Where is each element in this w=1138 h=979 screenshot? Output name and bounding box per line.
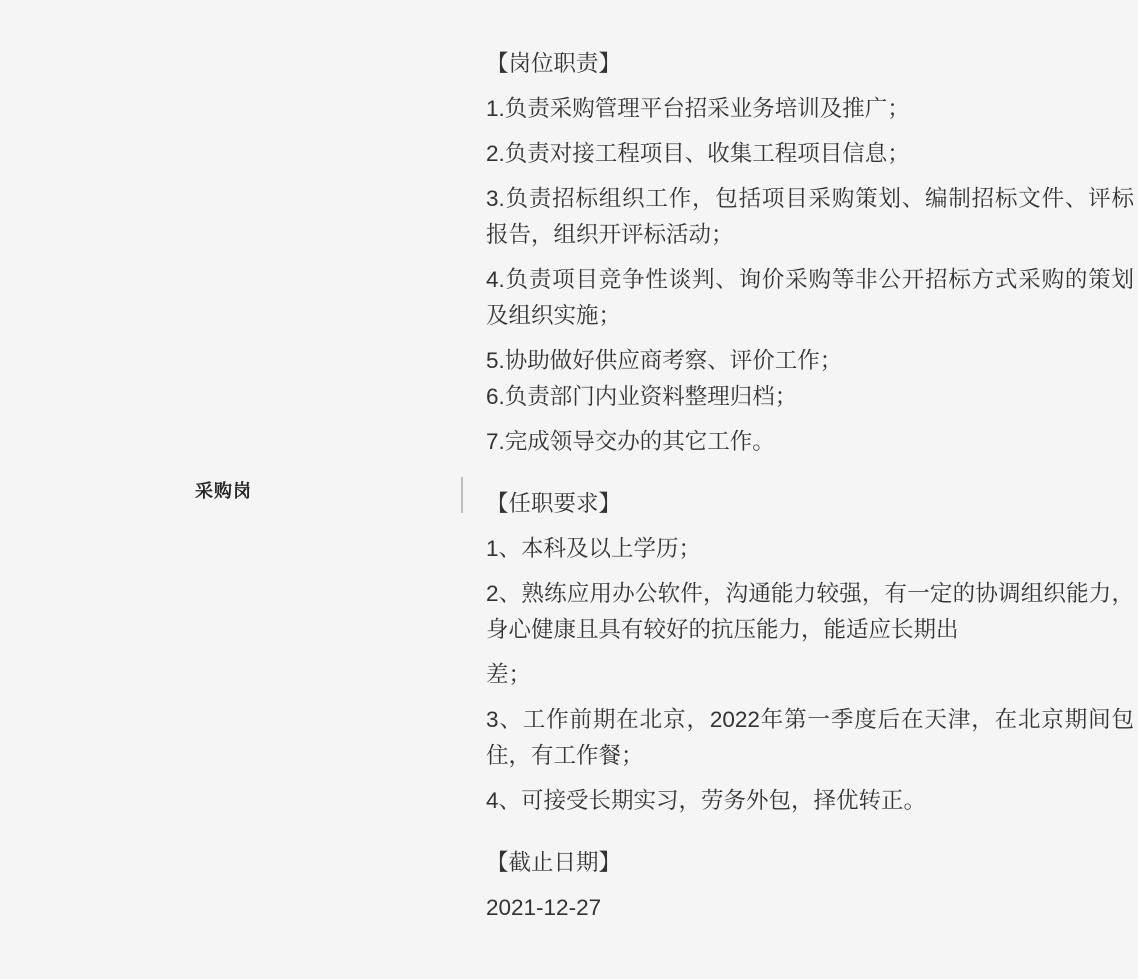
column-divider xyxy=(461,477,463,513)
section-heading: 【岗位职责】 xyxy=(486,46,1134,82)
duty-item: 5.协助做好供应商考察、评价工作； xyxy=(486,348,842,373)
section-heading: 【截止日期】 xyxy=(486,845,1134,881)
section-duties: 【岗位职责】 1.负责采购管理平台招采业务培训及推广； 2.负责对接工程项目、收… xyxy=(486,46,1134,460)
section-heading: 【任职要求】 xyxy=(486,486,1134,522)
requirement-item: 4、可接受长期实习，劳务外包，择优转正。 xyxy=(486,783,1134,819)
duty-item-group: 5.协助做好供应商考察、评价工作；6.负责部门内业资料整理归档； xyxy=(486,343,1134,415)
section-requirements: 【任职要求】 1、本科及以上学历； 2、熟练应用办公软件，沟通能力较强，有一定的… xyxy=(486,486,1134,819)
requirement-item: 差； xyxy=(486,657,1134,693)
duty-item: 7.完成领导交办的其它工作。 xyxy=(486,424,1134,460)
job-title: 采购岗 xyxy=(195,477,252,503)
duty-item: 1.负责采购管理平台招采业务培训及推广； xyxy=(486,91,1134,127)
job-posting-page: 采购岗 【岗位职责】 1.负责采购管理平台招采业务培训及推广； 2.负责对接工程… xyxy=(0,0,1138,979)
job-details: 【岗位职责】 1.负责采购管理平台招采业务培训及推广； 2.负责对接工程项目、收… xyxy=(486,46,1134,935)
requirement-item: 2、熟练应用办公软件，沟通能力较强，有一定的协调组织能力，身心健康且具有较好的抗… xyxy=(486,576,1134,648)
duty-item: 6.负责部门内业资料整理归档； xyxy=(486,384,797,409)
duty-item: 3.负责招标组织工作，包括项目采购策划、编制招标文件、评标报告，组织开评标活动； xyxy=(486,181,1134,253)
duty-item: 4.负责项目竞争性谈判、询价采购等非公开招标方式采购的策划及组织实施； xyxy=(486,262,1134,334)
deadline-date: 2021-12-27 xyxy=(486,890,1134,926)
requirement-item: 3、工作前期在北京，2022年第一季度后在天津，在北京期间包住，有工作餐； xyxy=(486,702,1134,774)
duty-item: 2.负责对接工程项目、收集工程项目信息； xyxy=(486,136,1134,172)
requirement-item: 1、本科及以上学历； xyxy=(486,531,1134,567)
section-deadline: 【截止日期】 2021-12-27 xyxy=(486,845,1134,926)
